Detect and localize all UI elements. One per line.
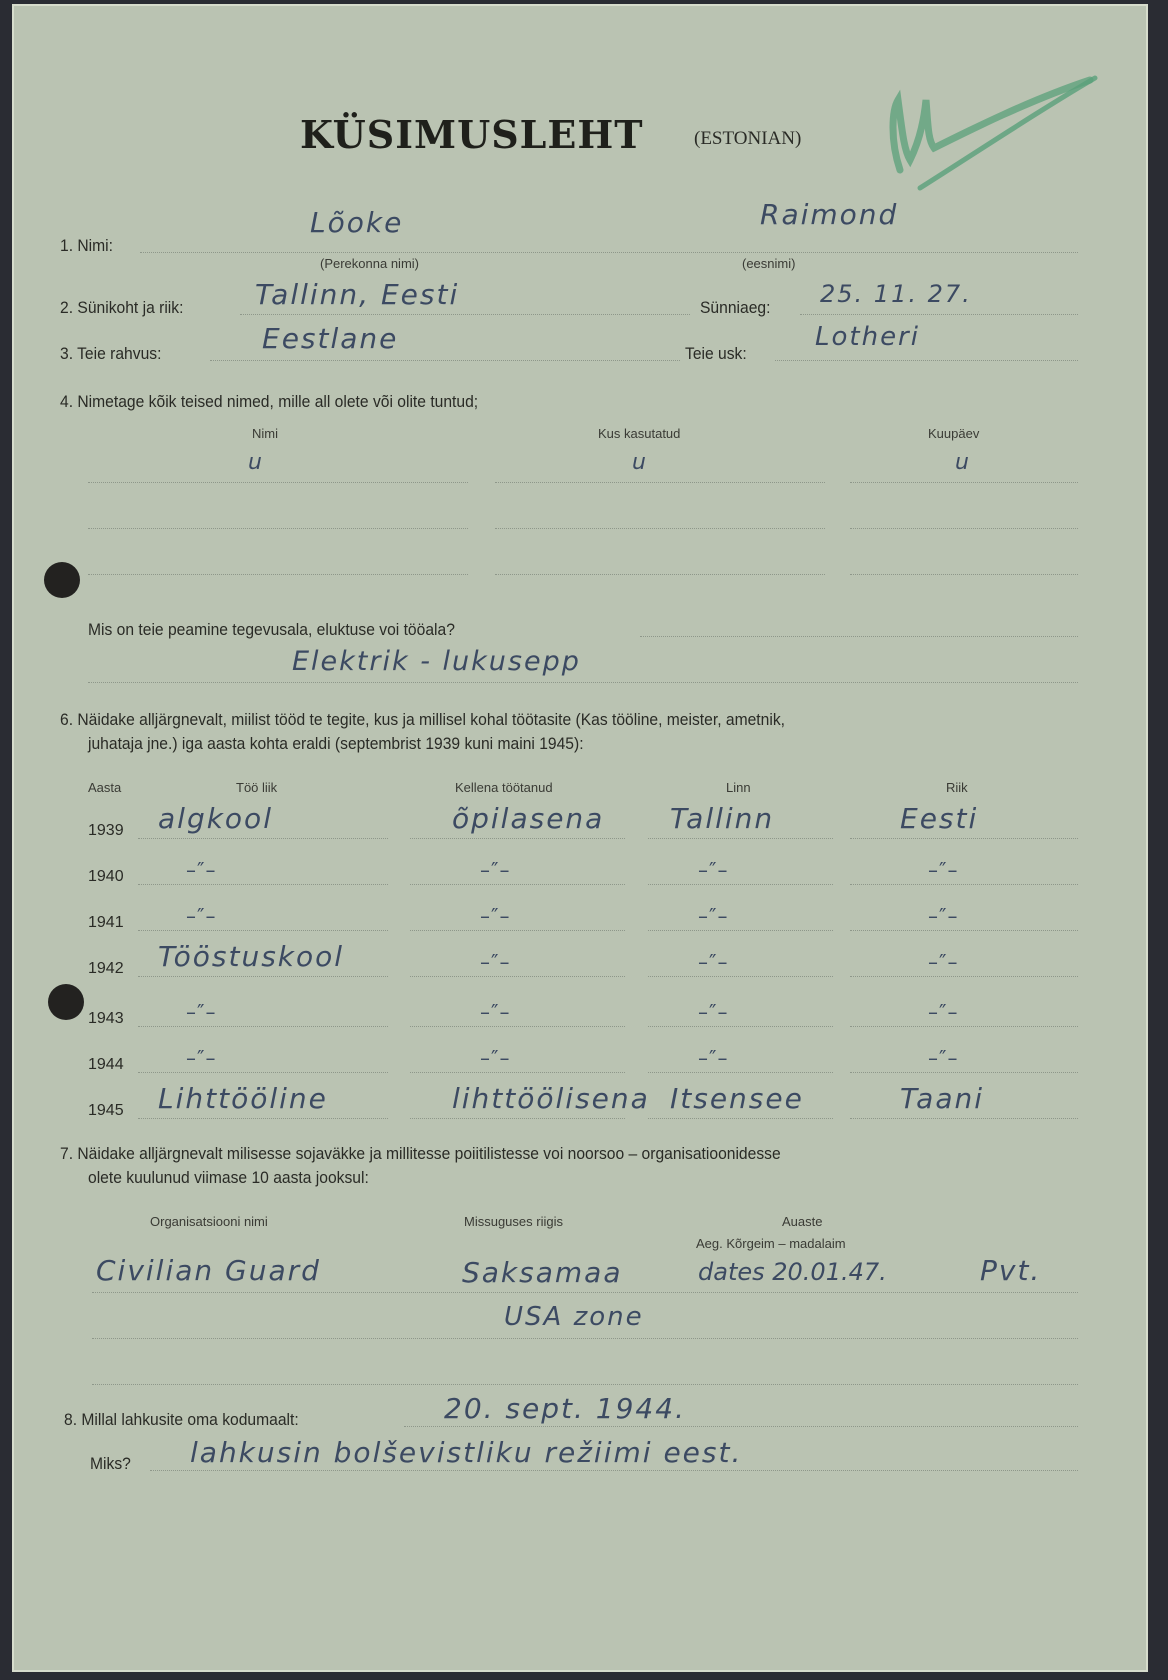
punch-hole	[48, 984, 84, 1020]
table-cell-line	[648, 976, 833, 977]
q7-country-value: Saksamaa	[462, 1256, 622, 1289]
table-cell-line	[850, 930, 1078, 931]
q4-label: 4. Nimetage kõik teised nimed, mille all…	[60, 392, 478, 412]
table-cell-line	[138, 838, 388, 839]
table-cell-line	[648, 1026, 833, 1027]
table-cell-city: Tallinn	[670, 802, 774, 835]
q2-line	[240, 314, 690, 315]
table-row-year: 1943	[88, 1010, 124, 1028]
table-cell-line	[410, 838, 625, 839]
q7-col-country: Missuguses riigis	[464, 1214, 563, 1229]
q7-country-line2: USA zone	[504, 1302, 644, 1332]
table-cell-work: algkool	[158, 802, 273, 835]
table-cell-country: –″–	[928, 1046, 958, 1070]
q8-label: 8. Millal lahkusite oma kodumaalt:	[64, 1410, 299, 1430]
table-cell-as: –″–	[480, 950, 510, 974]
q3-religion-line	[775, 360, 1078, 361]
table-cell-line	[850, 884, 1078, 885]
table-row-year: 1942	[88, 960, 124, 978]
table-cell-line	[410, 884, 625, 885]
table-cell-city: –″–	[698, 1046, 728, 1070]
q1-surname-caption: (Perekonna nimi)	[320, 256, 419, 271]
q4-col-name: Nimi	[252, 426, 278, 441]
q3-religion: Lotheri	[815, 322, 920, 352]
table-cell-line	[648, 884, 833, 885]
table-row-year: 1944	[88, 1056, 124, 1074]
punch-hole	[44, 562, 80, 598]
q7-dates-value: dates 20.01.47.	[698, 1258, 887, 1286]
form-language: (ESTONIAN)	[694, 128, 801, 150]
table-cell-work: –″–	[186, 1000, 216, 1024]
q7-rank-value: Pvt.	[980, 1254, 1041, 1287]
q6-col-city: Linn	[726, 780, 751, 795]
table-cell-work: –″–	[186, 1046, 216, 1070]
q2-dob: 25. 11. 27.	[820, 280, 972, 308]
q7-col-org: Organisatsiooni nimi	[150, 1214, 268, 1229]
table-cell-work: Tööstuskool	[158, 940, 344, 973]
q7-label-2: olete kuulunud viimase 10 aasta jooksul:	[88, 1168, 369, 1188]
q3-line	[210, 360, 680, 361]
table-row-year: 1939	[88, 822, 124, 840]
table-cell-line	[648, 930, 833, 931]
table-cell-city: –″–	[698, 858, 728, 882]
form-title: KÜSIMUSLEHT	[300, 112, 644, 157]
table-cell-line	[410, 1118, 625, 1119]
q8-departure-date: 20. sept. 1944.	[444, 1392, 686, 1425]
q6-col-year: Aasta	[88, 780, 121, 795]
q1-firstname-caption: (eesnimi)	[742, 256, 795, 271]
q7-col-rank: Auaste	[782, 1214, 822, 1229]
q7-org-value: Civilian Guard	[96, 1254, 321, 1287]
table-cell-city: Itsensee	[670, 1082, 804, 1115]
q4-name-value: u	[248, 450, 264, 475]
q6-col-country: Riik	[946, 780, 968, 795]
q3-label: 3. Teie rahvus:	[60, 344, 161, 364]
table-cell-line	[138, 1118, 388, 1119]
table-cell-line	[648, 1072, 833, 1073]
table-cell-work: Lihttööline	[158, 1082, 328, 1115]
table-cell-line	[850, 976, 1078, 977]
q2-dob-line	[800, 314, 1078, 315]
q1-firstname: Raimond	[760, 198, 898, 231]
q6-col-as: Kellena töötanud	[455, 780, 553, 795]
q1-surname: Lõoke	[310, 206, 403, 239]
table-cell-work: –″–	[186, 904, 216, 928]
q2-birthplace: Tallinn, Eesti	[255, 278, 459, 311]
q4-where-value: u	[632, 450, 648, 475]
table-cell-as: –″–	[480, 858, 510, 882]
table-cell-line	[410, 1026, 625, 1027]
table-cell-line	[410, 930, 625, 931]
table-row-year: 1941	[88, 914, 124, 932]
table-cell-as: –″–	[480, 1046, 510, 1070]
table-cell-line	[850, 1026, 1078, 1027]
table-cell-as: lihttöölisena	[452, 1082, 650, 1115]
table-cell-country: –″–	[928, 1000, 958, 1024]
table-cell-line	[138, 1072, 388, 1073]
q4-date-value: u	[955, 450, 971, 475]
table-cell-line	[138, 884, 388, 885]
q2-label: 2. Sünikoht ja riik:	[60, 298, 183, 318]
table-cell-country: Eesti	[900, 802, 978, 835]
q4-col-where: Kus kasutatud	[598, 426, 680, 441]
table-cell-line	[648, 1118, 833, 1119]
q5-label: Mis on teie peamine tegevusala, eluktuse…	[88, 620, 455, 640]
table-cell-city: –″–	[698, 1000, 728, 1024]
q7-label-1: 7. Näidake alljärgnevalt milisesse sojav…	[60, 1144, 781, 1164]
q4-col-date: Kuupäev	[928, 426, 979, 441]
table-cell-line	[410, 1072, 625, 1073]
table-cell-line	[850, 838, 1078, 839]
q2-dob-label: Sünniaeg:	[700, 298, 770, 318]
table-cell-country: Taani	[900, 1082, 984, 1115]
q3-religion-label: Teie usk:	[685, 344, 747, 364]
q6-label-1: 6. Näidake alljärgnevalt, miilist tööd t…	[60, 710, 785, 730]
table-row-year: 1940	[88, 868, 124, 886]
table-row-year: 1945	[88, 1102, 124, 1120]
table-cell-line	[138, 1026, 388, 1027]
green-check-mark-icon	[880, 70, 1100, 210]
table-cell-line	[410, 976, 625, 977]
q8-why-label: Miks?	[90, 1454, 131, 1474]
table-cell-city: –″–	[698, 904, 728, 928]
table-cell-line	[648, 838, 833, 839]
q1-label: 1. Nimi:	[60, 236, 113, 256]
q1-line	[140, 252, 1078, 253]
table-cell-as: –″–	[480, 1000, 510, 1024]
q6-col-work: Töö liik	[236, 780, 277, 795]
table-cell-line	[850, 1118, 1078, 1119]
table-cell-country: –″–	[928, 858, 958, 882]
table-cell-country: –″–	[928, 950, 958, 974]
q6-label-2: juhataja jne.) iga aasta kohta eraldi (s…	[88, 734, 584, 754]
table-cell-work: –″–	[186, 858, 216, 882]
table-cell-line	[138, 976, 388, 977]
q8-reason: lahkusin bolševistliku režiimi eest.	[190, 1436, 742, 1469]
table-cell-as: õpilasena	[452, 802, 604, 835]
q7-col-time: Aeg. Kõrgeim – madalaim	[696, 1236, 846, 1251]
table-cell-line	[138, 930, 388, 931]
table-cell-country: –″–	[928, 904, 958, 928]
q5-occupation: Elektrik - lukusepp	[292, 646, 581, 677]
table-cell-line	[850, 1072, 1078, 1073]
table-cell-city: –″–	[698, 950, 728, 974]
table-cell-as: –″–	[480, 904, 510, 928]
q3-nationality: Eestlane	[262, 322, 398, 355]
